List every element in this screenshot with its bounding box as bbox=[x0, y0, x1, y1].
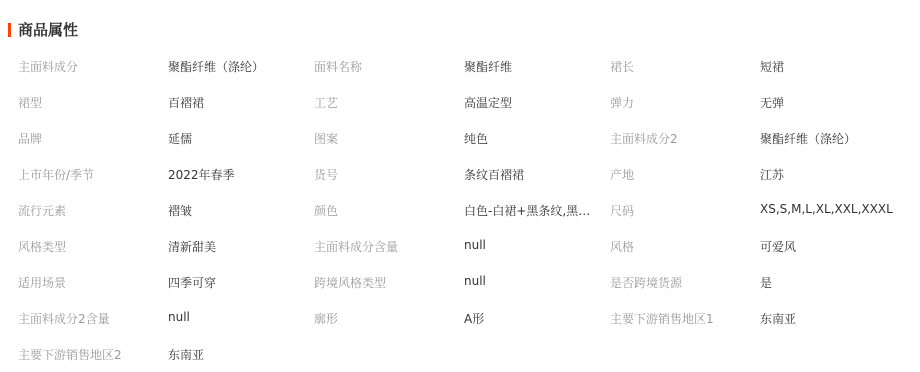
attribute-value: A形 bbox=[464, 310, 604, 327]
attribute-item: 上市年份/季节2022年春季 bbox=[18, 166, 314, 183]
attribute-label: 主面料成分 bbox=[18, 58, 168, 75]
attribute-row: 上市年份/季节2022年春季 货号条纹百褶裙 产地江苏 bbox=[18, 156, 918, 192]
attribute-item: 主要下游销售地区1东南亚 bbox=[610, 310, 906, 327]
attribute-item: 货号条纹百褶裙 bbox=[314, 166, 610, 183]
attribute-item: 弹力无弹 bbox=[610, 94, 906, 111]
attribute-value: 可爱风 bbox=[760, 238, 900, 255]
attribute-item: 品牌延儒 bbox=[18, 130, 314, 147]
attribute-value: 清新甜美 bbox=[168, 238, 308, 255]
attribute-item: 是否跨境货源是 bbox=[610, 274, 906, 291]
attribute-value: 是 bbox=[760, 274, 900, 291]
attribute-item: 主要下游销售地区2东南亚 bbox=[18, 346, 314, 363]
section-title: 商品属性 bbox=[18, 20, 78, 40]
attribute-label: 图案 bbox=[314, 130, 464, 147]
attribute-label: 面料名称 bbox=[314, 58, 464, 75]
attribute-value: 百褶裙 bbox=[168, 94, 308, 111]
attribute-label: 产地 bbox=[610, 166, 760, 183]
attribute-row: 风格类型清新甜美 主面料成分含量null 风格可爱风 bbox=[18, 228, 918, 264]
attribute-label: 主要下游销售地区2 bbox=[18, 346, 168, 363]
attribute-item: 跨境风格类型null bbox=[314, 274, 610, 291]
attribute-label: 主面料成分2含量 bbox=[18, 310, 168, 327]
attribute-label: 主面料成分2 bbox=[610, 130, 760, 147]
attribute-value: 2022年春季 bbox=[168, 166, 308, 183]
attribute-item: 尺码XS,S,M,L,XL,XXL,XXXL bbox=[610, 202, 906, 219]
attribute-label: 尺码 bbox=[610, 202, 760, 219]
attribute-label: 主要下游销售地区1 bbox=[610, 310, 760, 327]
attribute-value: 纯色 bbox=[464, 130, 604, 147]
attribute-label: 弹力 bbox=[610, 94, 760, 111]
attribute-item: 主面料成分2聚酯纤维（涤纶） bbox=[610, 130, 906, 147]
attribute-value: 褶皱 bbox=[168, 202, 308, 219]
attribute-item: 廓形A形 bbox=[314, 310, 610, 327]
attribute-label: 工艺 bbox=[314, 94, 464, 111]
attributes-grid: 主面料成分聚酯纤维（涤纶） 面料名称聚酯纤维 裙长短裙 裙型百褶裙 工艺高温定型… bbox=[18, 48, 918, 372]
accent-bar bbox=[8, 23, 11, 37]
attribute-item: 风格可爱风 bbox=[610, 238, 906, 255]
attribute-value: 聚酯纤维 bbox=[464, 58, 604, 75]
attribute-label: 裙长 bbox=[610, 58, 760, 75]
attribute-item: 工艺高温定型 bbox=[314, 94, 610, 111]
attribute-item: 主面料成分2含量null bbox=[18, 310, 314, 327]
attribute-value: 东南亚 bbox=[168, 346, 308, 363]
product-attributes-section: 商品属性 主面料成分聚酯纤维（涤纶） 面料名称聚酯纤维 裙长短裙 裙型百褶裙 工… bbox=[0, 0, 920, 372]
attribute-value: 无弹 bbox=[760, 94, 900, 111]
attribute-value: 聚酯纤维（涤纶） bbox=[760, 130, 900, 147]
attribute-row: 主面料成分2含量null 廓形A形 主要下游销售地区1东南亚 bbox=[18, 300, 918, 336]
attribute-value: 白色-白裙+黑条纹,黑… bbox=[464, 202, 604, 219]
attribute-value: 延儒 bbox=[168, 130, 308, 147]
attribute-value: null bbox=[168, 310, 308, 327]
attribute-row: 适用场景四季可穿 跨境风格类型null 是否跨境货源是 bbox=[18, 264, 918, 300]
attribute-item: 裙型百褶裙 bbox=[18, 94, 314, 111]
attribute-item: 适用场景四季可穿 bbox=[18, 274, 314, 291]
attribute-row: 裙型百褶裙 工艺高温定型 弹力无弹 bbox=[18, 84, 918, 120]
attribute-value: null bbox=[464, 274, 604, 291]
attribute-value: null bbox=[464, 238, 604, 255]
attribute-item: 流行元素褶皱 bbox=[18, 202, 314, 219]
attribute-item: 产地江苏 bbox=[610, 166, 906, 183]
attribute-label: 颜色 bbox=[314, 202, 464, 219]
attribute-label: 裙型 bbox=[18, 94, 168, 111]
attribute-item: 图案纯色 bbox=[314, 130, 610, 147]
attribute-label: 是否跨境货源 bbox=[610, 274, 760, 291]
attribute-label: 流行元素 bbox=[18, 202, 168, 219]
attribute-value: 短裙 bbox=[760, 58, 900, 75]
attribute-item: 风格类型清新甜美 bbox=[18, 238, 314, 255]
attribute-label: 上市年份/季节 bbox=[18, 166, 168, 183]
section-header: 商品属性 bbox=[8, 20, 78, 40]
attribute-label: 风格 bbox=[610, 238, 760, 255]
attribute-label: 风格类型 bbox=[18, 238, 168, 255]
attribute-item: 主面料成分聚酯纤维（涤纶） bbox=[18, 58, 314, 75]
attribute-value: 高温定型 bbox=[464, 94, 604, 111]
attribute-value: 江苏 bbox=[760, 166, 900, 183]
attribute-row: 流行元素褶皱 颜色白色-白裙+黑条纹,黑… 尺码XS,S,M,L,XL,XXL,… bbox=[18, 192, 918, 228]
attribute-item: 主面料成分含量null bbox=[314, 238, 610, 255]
attribute-item: 面料名称聚酯纤维 bbox=[314, 58, 610, 75]
attribute-label: 品牌 bbox=[18, 130, 168, 147]
attribute-value: XS,S,M,L,XL,XXL,XXXL bbox=[760, 202, 900, 219]
attribute-label: 适用场景 bbox=[18, 274, 168, 291]
attribute-label: 跨境风格类型 bbox=[314, 274, 464, 291]
attribute-row: 品牌延儒 图案纯色 主面料成分2聚酯纤维（涤纶） bbox=[18, 120, 918, 156]
attribute-value: 东南亚 bbox=[760, 310, 900, 327]
attribute-label: 廓形 bbox=[314, 310, 464, 327]
attribute-label: 主面料成分含量 bbox=[314, 238, 464, 255]
attribute-item: 裙长短裙 bbox=[610, 58, 906, 75]
attribute-value: 聚酯纤维（涤纶） bbox=[168, 58, 308, 75]
attribute-value: 四季可穿 bbox=[168, 274, 308, 291]
attribute-row: 主要下游销售地区2东南亚 bbox=[18, 336, 918, 372]
attribute-row: 主面料成分聚酯纤维（涤纶） 面料名称聚酯纤维 裙长短裙 bbox=[18, 48, 918, 84]
attribute-label: 货号 bbox=[314, 166, 464, 183]
attribute-value: 条纹百褶裙 bbox=[464, 166, 604, 183]
attribute-item: 颜色白色-白裙+黑条纹,黑… bbox=[314, 202, 610, 219]
